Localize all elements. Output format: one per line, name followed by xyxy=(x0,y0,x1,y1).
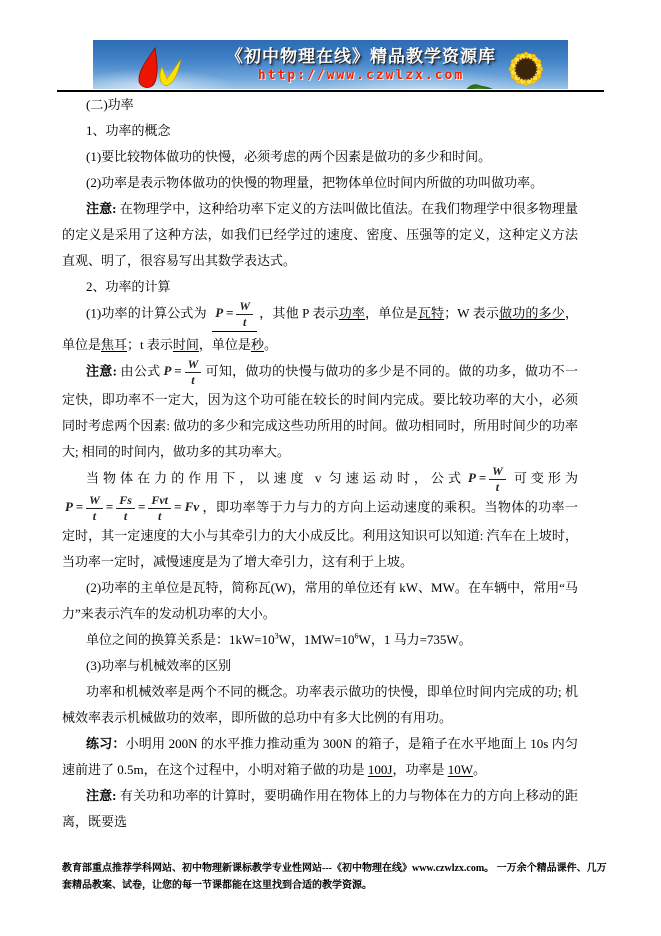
paragraph: 2、功率的计算 xyxy=(62,274,578,300)
text-run: (3)功率与机械效率的区别 xyxy=(86,658,231,673)
underlined-blank: 10W xyxy=(448,762,473,777)
paragraph: 练习：小明用 200N 的水平推力推动重为 300N 的箱子，是箱子在水平地面上… xyxy=(62,731,578,783)
underlined-blank: 焦耳 xyxy=(101,337,127,352)
text-run: 可变形为 xyxy=(510,470,578,485)
footer-text: 教育部重点推荐学科网站、初中物理新课标教学专业性网站---《初中物理在线》www… xyxy=(62,860,614,894)
text-run: ；t 表示 xyxy=(127,337,173,352)
text-run: (1)要比较物体做功的快慢，必须考虑的两个因素是做功的多少和时间。 xyxy=(86,149,491,164)
text-run: (二)功率 xyxy=(86,97,134,112)
paragraph: (3)功率与机械效率的区别 xyxy=(62,653,578,679)
text-run: 。 xyxy=(473,762,486,777)
underlined-blank: 100J xyxy=(368,762,393,777)
formula: P =Wt=Fst=Fvtt= Fv xyxy=(64,494,200,523)
bold-text: 注意: xyxy=(86,363,117,378)
underlined-blank: 秒 xyxy=(251,337,264,352)
text-run: (2)功率的主单位是瓦特，简称瓦(W)，常用的单位还有 kW、MW。在车辆中，常… xyxy=(62,580,578,621)
site-logo-icon xyxy=(125,43,189,89)
paragraph: (1)要比较物体做功的快慢，必须考虑的两个因素是做功的多少和时间。 xyxy=(62,144,578,170)
document-page: 《初中物理在线》精品教学资源库 http://www.czwlzx.com xyxy=(0,0,661,936)
banner-title: 《初中物理在线》精品教学资源库 xyxy=(211,42,511,67)
underlined-blank: 瓦特 xyxy=(418,305,444,320)
paragraph: (二)功率 xyxy=(62,92,578,118)
text-run: ，单位是 xyxy=(365,305,418,320)
underlined-blank: 功率 xyxy=(339,305,365,320)
site-banner: 《初中物理在线》精品教学资源库 http://www.czwlzx.com xyxy=(93,40,568,89)
paragraph: (2)功率是表示物体做功的快慢的物理量，把物体单位时间内所做的功叫做功率。 xyxy=(62,170,578,196)
text-run: 由公式 xyxy=(117,363,161,378)
paragraph: 单位之间的换算关系是：1kW=103W，1MW=106W，1 马力=735W。 xyxy=(62,627,578,653)
document-body: (二)功率1、功率的概念(1)要比较物体做功的快慢，必须考虑的两个因素是做功的多… xyxy=(62,92,578,835)
text-run: W，1MW=10 xyxy=(279,632,355,647)
formula: P =Wt xyxy=(162,358,203,387)
text-run: 当物体在力的作用下，以速度 v 匀速运动时，公式 xyxy=(86,470,465,485)
text-run: 。 xyxy=(264,337,277,352)
sunflower-icon xyxy=(486,40,564,89)
underlined-blank: 做功的多少 xyxy=(499,305,565,320)
paragraph: 1、功率的概念 xyxy=(62,118,578,144)
paragraph: 功率和机械效率是两个不同的概念。功率表示做功的快慢，即单位时间内完成的功; 机械… xyxy=(62,679,578,731)
paragraph: (2)功率的主单位是瓦特，简称瓦(W)，常用的单位还有 kW、MW。在车辆中，常… xyxy=(62,575,578,627)
bold-text: 练习： xyxy=(86,736,126,751)
text-run: 功率和机械效率是两个不同的概念。功率表示做功的快慢，即单位时间内完成的功; 机械… xyxy=(62,684,578,725)
paragraph: 注意: 有关功和功率的计算时，要明确作用在物体上的力与物体在力的方向上移动的距离… xyxy=(62,783,578,835)
paragraph: 注意: 由公式P =Wt可知，做功的快慢与做功的多少是不同的。做的功多，做功不一… xyxy=(62,358,578,465)
bold-text: 注意: xyxy=(86,788,117,803)
text-run: 有关功和功率的计算时，要明确作用在物体上的力与物体在力的方向上移动的距离，既要选 xyxy=(62,788,578,829)
text-run: 在物理学中，这种给功率下定义的方法叫做比值法。在我们物理学中很多物理量的定义是采… xyxy=(62,201,578,268)
text-run: 单位之间的换算关系是：1kW=10 xyxy=(86,632,275,647)
text-run: 小明用 200N 的水平推力推动重为 300N 的箱子，是箱子在水平地面上 10… xyxy=(62,736,578,777)
text-run: 1、功率的概念 xyxy=(86,123,171,138)
paragraph: 注意: 在物理学中，这种给功率下定义的方法叫做比值法。在我们物理学中很多物理量的… xyxy=(62,196,578,274)
formula: P =Wt xyxy=(212,300,257,332)
text-run: (1)功率的计算公式为 xyxy=(86,305,210,320)
text-run: (2)功率是表示物体做功的快慢的物理量，把物体单位时间内所做的功叫做功率。 xyxy=(86,175,543,190)
text-run: ，单位是 xyxy=(199,337,251,352)
text-run: W，1 马力=735W。 xyxy=(359,632,472,647)
text-run: 2、功率的计算 xyxy=(86,279,171,294)
paragraph: (1)功率的计算公式为 P =Wt，其他 P 表示功率，单位是瓦特；W 表示做功… xyxy=(62,300,578,358)
bold-text: 注意: xyxy=(86,201,117,216)
underlined-blank: 时间 xyxy=(173,337,199,352)
paragraph: 当物体在力的作用下，以速度 v 匀速运动时，公式P =Wt可变形为P =Wt=F… xyxy=(62,465,578,575)
text-run: ，功率是 xyxy=(392,762,447,777)
text-run: ，其他 P 表示 xyxy=(259,305,339,320)
text-run: ；W 表示 xyxy=(444,305,499,320)
formula: P =Wt xyxy=(467,465,508,494)
